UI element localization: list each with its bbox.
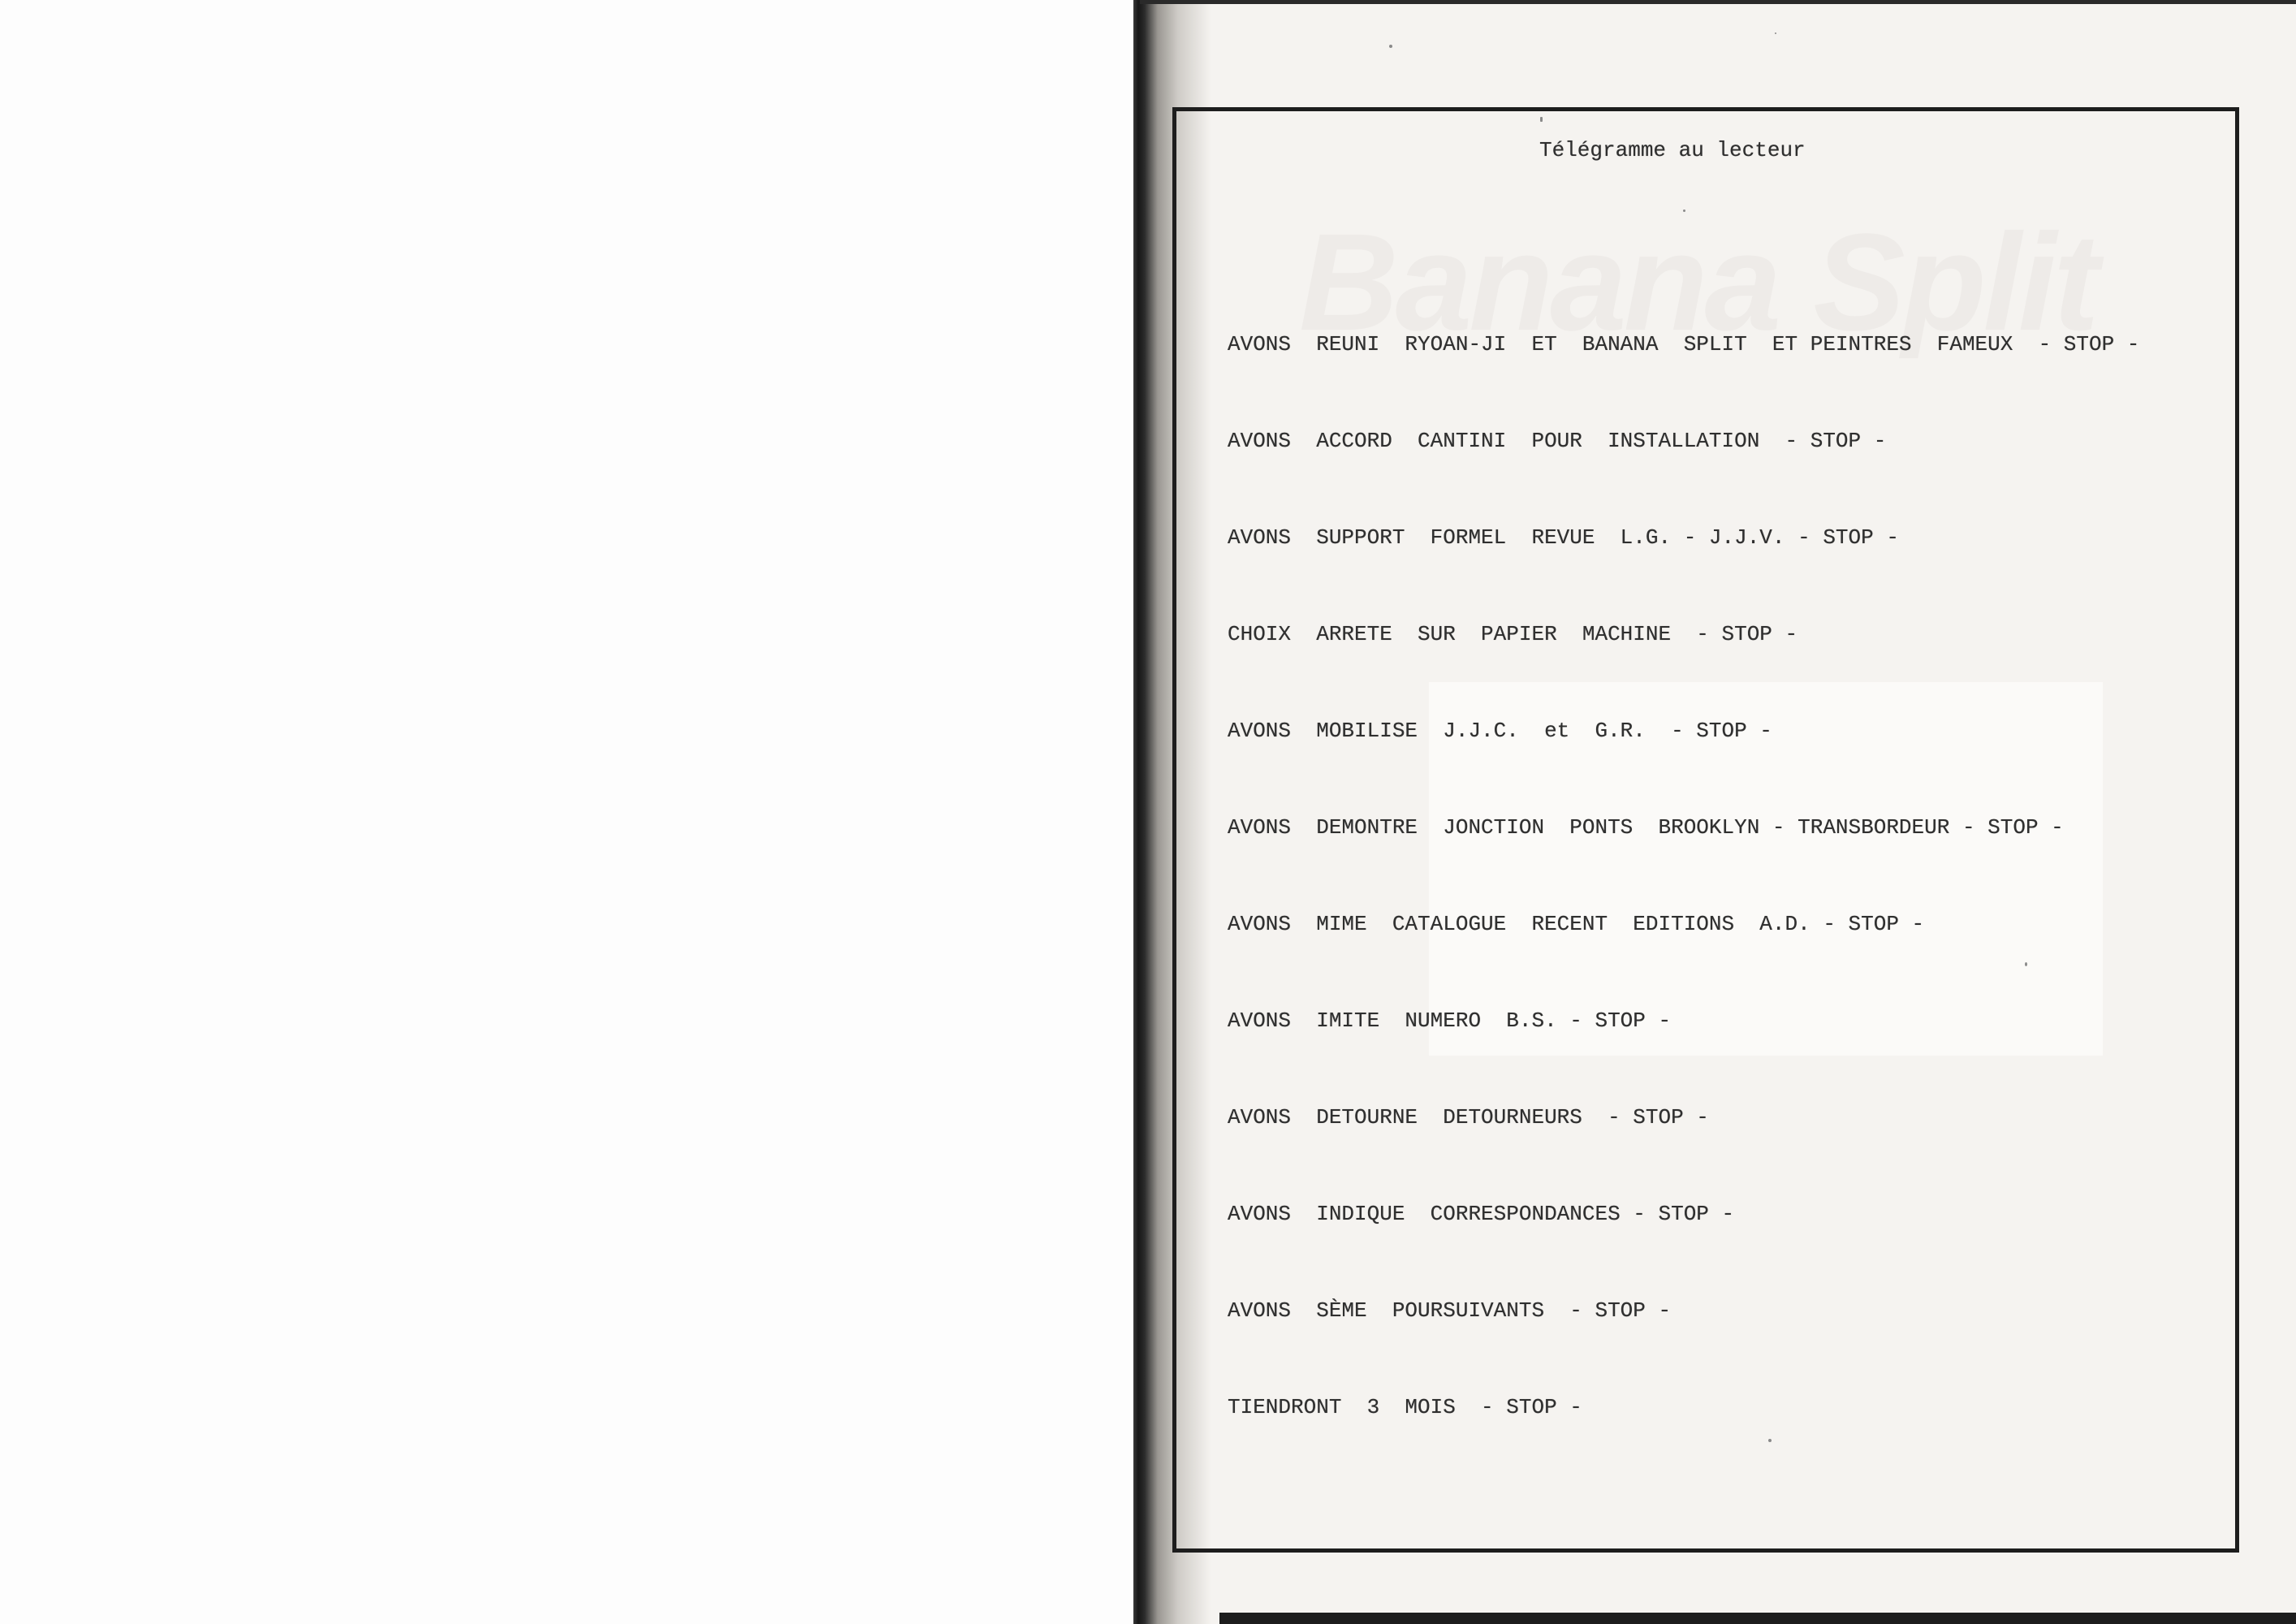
telegram-line: AVONS INDIQUE CORRESPONDANCES - STOP - xyxy=(1228,1203,2139,1225)
scan-speck xyxy=(1683,209,1685,212)
scan-speck xyxy=(1775,32,1776,34)
telegram-line: AVONS SÈME POURSUIVANTS - STOP - xyxy=(1228,1300,2139,1322)
telegram-line: AVONS IMITE NUMERO B.S. - STOP - xyxy=(1228,1010,2139,1032)
telegram-line: TIENDRONT 3 MOIS - STOP - xyxy=(1228,1397,2139,1419)
telegram-line: AVONS MIME CATALOGUE RECENT EDITIONS A.D… xyxy=(1228,914,2139,935)
scan-speck xyxy=(1540,117,1543,122)
telegram-line: AVONS MOBILISE J.J.C. et G.R. - STOP - xyxy=(1228,720,2139,742)
telegram-line: AVONS DEMONTRE JONCTION PONTS BROOKLYN -… xyxy=(1228,817,2139,839)
scan-edge-bottom xyxy=(1219,1613,2296,1624)
scan-speck xyxy=(2025,962,2027,966)
telegram-body: AVONS REUNI RYOAN-JI ET BANANA SPLIT ET … xyxy=(1228,334,2139,1419)
telegram-line: CHOIX ARRETE SUR PAPIER MACHINE - STOP - xyxy=(1228,624,2139,646)
scan-speck xyxy=(1768,1439,1772,1442)
page-title: Télégramme au lecteur xyxy=(1539,140,1806,162)
telegram-line: AVONS ACCORD CANTINI POUR INSTALLATION -… xyxy=(1228,430,2139,452)
book-scan-spread: Banana Split Télégramme au lecteur AVONS… xyxy=(0,0,2296,1624)
telegram-line: AVONS SUPPORT FORMEL REVUE L.G. - J.J.V.… xyxy=(1228,527,2139,549)
scan-speck xyxy=(1389,45,1392,48)
scan-edge-top xyxy=(1140,0,2296,4)
telegram-line: AVONS REUNI RYOAN-JI ET BANANA SPLIT ET … xyxy=(1228,334,2139,356)
telegram-line: AVONS DETOURNE DETOURNEURS - STOP - xyxy=(1228,1107,2139,1129)
left-blank-page xyxy=(0,0,1137,1624)
